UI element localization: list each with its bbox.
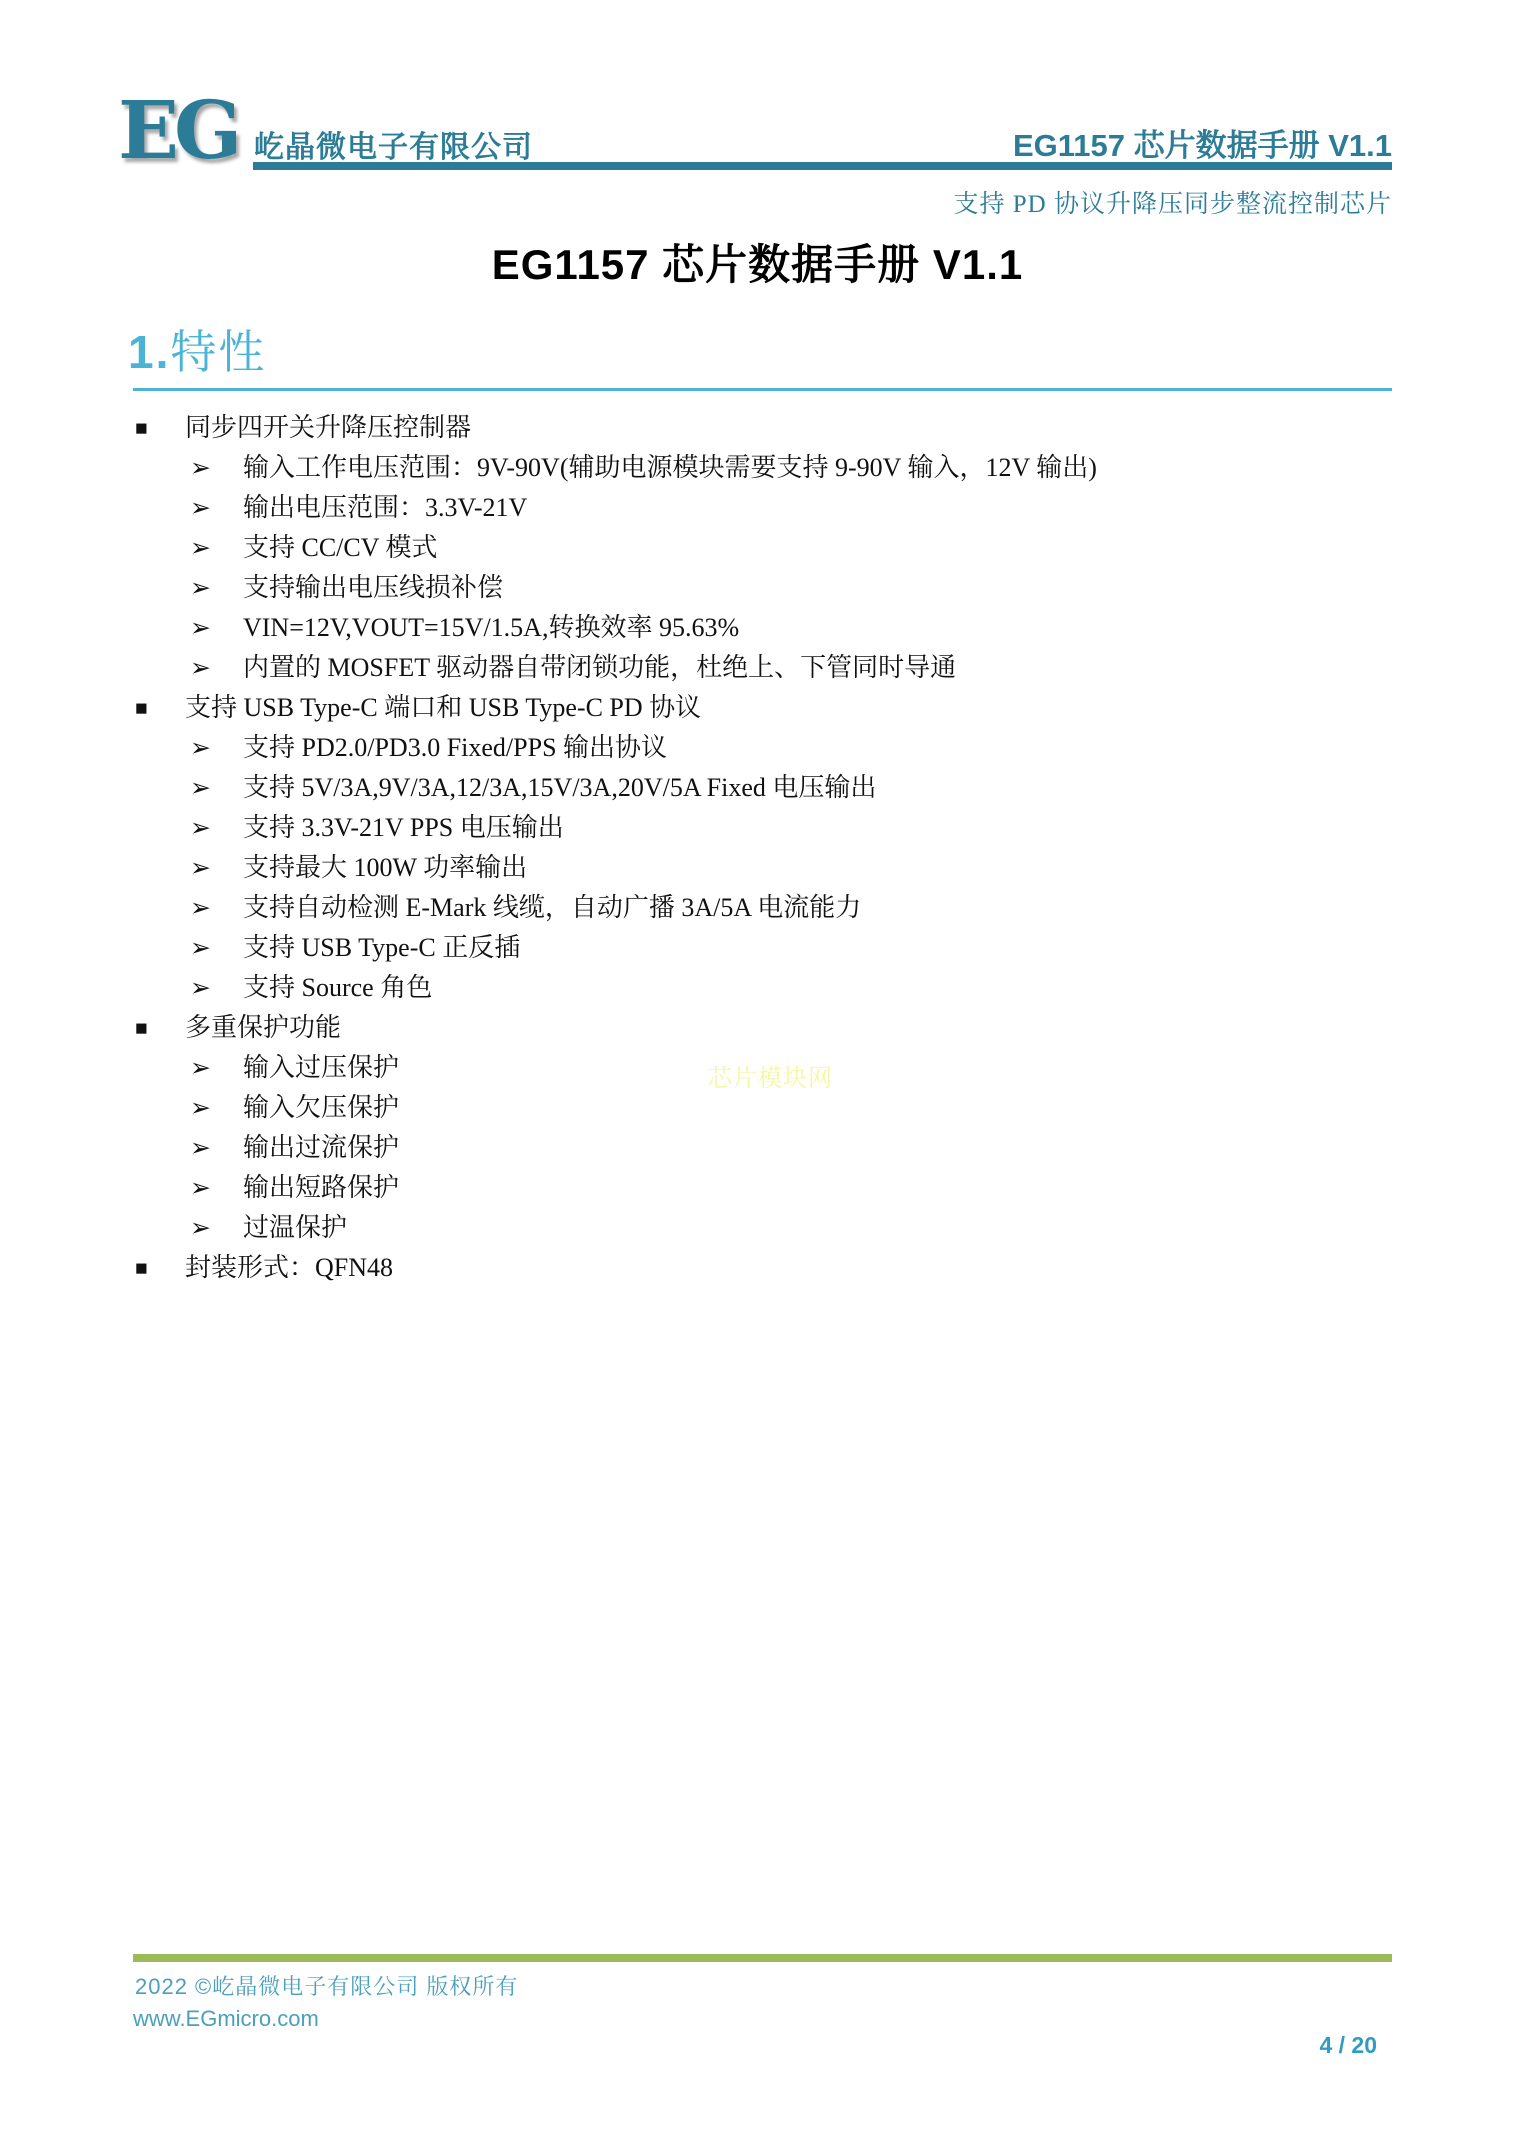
list-item-text: 支持 USB Type-C 端口和 USB Type-C PD 协议: [185, 688, 701, 728]
list-item-text: 支持 CC/CV 模式: [243, 528, 438, 568]
list-item: ■多重保护功能: [133, 1008, 1413, 1048]
list-item: ➢支持 Source 角色: [133, 968, 1413, 1008]
list-item-text: 支持 PD2.0/PD3.0 Fixed/PPS 输出协议: [243, 728, 667, 768]
arrow-bullet-icon: ➢: [190, 928, 211, 968]
list-item: ➢支持 USB Type-C 正反插: [133, 928, 1413, 968]
arrow-bullet-icon: ➢: [190, 728, 211, 768]
arrow-bullet-icon: ➢: [190, 808, 211, 848]
arrow-bullet-icon: ➢: [190, 848, 211, 888]
list-item-text: 过温保护: [243, 1208, 347, 1248]
list-item: ➢输入欠压保护: [133, 1088, 1413, 1128]
arrow-bullet-icon: ➢: [190, 1048, 211, 1088]
list-item-text: 输出过流保护: [243, 1128, 399, 1168]
section-number: 1.: [128, 326, 170, 378]
list-item: ➢支持 5V/3A,9V/3A,12/3A,15V/3A,20V/5A Fixe…: [133, 768, 1413, 808]
datasheet-page: { "header": { "logo_text": "EG", "compan…: [0, 0, 1515, 2144]
list-item: ➢支持 PD2.0/PD3.0 Fixed/PPS 输出协议: [133, 728, 1413, 768]
list-item-text: 内置的 MOSFET 驱动器自带闭锁功能，杜绝上、下管同时导通: [243, 648, 956, 688]
section-heading: 1.特性: [128, 316, 266, 382]
list-item-text: 支持 3.3V-21V PPS 电压输出: [243, 808, 564, 848]
list-item-text: 输出电压范围：3.3V-21V: [243, 488, 527, 528]
list-item-text: 同步四开关升降压控制器: [185, 408, 471, 448]
arrow-bullet-icon: ➢: [190, 1088, 211, 1128]
list-item: ■同步四开关升降压控制器: [133, 408, 1413, 448]
list-item: ➢支持最大 100W 功率输出: [133, 848, 1413, 888]
arrow-bullet-icon: ➢: [190, 608, 211, 648]
list-item: ➢内置的 MOSFET 驱动器自带闭锁功能，杜绝上、下管同时导通: [133, 648, 1413, 688]
list-item-text: 支持最大 100W 功率输出: [243, 848, 527, 888]
list-item-text: 输入过压保护: [243, 1048, 399, 1088]
arrow-bullet-icon: ➢: [190, 488, 211, 528]
list-item-text: 支持自动检测 E-Mark 线缆，自动广播 3A/5A 电流能力: [243, 888, 861, 928]
list-item: ➢输出过流保护: [133, 1128, 1413, 1168]
list-item-text: 支持 5V/3A,9V/3A,12/3A,15V/3A,20V/5A Fixed…: [243, 768, 876, 808]
arrow-bullet-icon: ➢: [190, 568, 211, 608]
feature-list: ■同步四开关升降压控制器➢输入工作电压范围：9V-90V(辅助电源模块需要支持 …: [133, 408, 1413, 1288]
list-item: ➢输出短路保护: [133, 1168, 1413, 1208]
list-item: ➢支持自动检测 E-Mark 线缆，自动广播 3A/5A 电流能力: [133, 888, 1413, 928]
arrow-bullet-icon: ➢: [190, 968, 211, 1008]
square-bullet-icon: ■: [135, 1248, 148, 1288]
section-divider: [133, 388, 1392, 391]
arrow-bullet-icon: ➢: [190, 1208, 211, 1248]
footer-divider: [133, 1954, 1392, 1962]
footer-website: www.EGmicro.com: [133, 2006, 319, 2032]
arrow-bullet-icon: ➢: [190, 1128, 211, 1168]
square-bullet-icon: ■: [135, 688, 148, 728]
section-name: 特性: [170, 327, 266, 378]
company-logo: EG: [118, 86, 242, 178]
list-item-text: 输出短路保护: [243, 1168, 399, 1208]
list-item: ➢输出电压范围：3.3V-21V: [133, 488, 1413, 528]
list-item: ➢支持输出电压线损补偿: [133, 568, 1413, 608]
footer-copyright: 2022 ©屹晶微电子有限公司 版权所有: [135, 1970, 518, 2001]
list-item-text: 输入工作电压范围：9V-90V(辅助电源模块需要支持 9-90V 输入，12V …: [243, 448, 1097, 488]
page-number: 4 / 20: [1319, 2032, 1377, 2059]
header-subtitle: 支持 PD 协议升降压同步整流控制芯片: [954, 184, 1392, 220]
list-item-text: 支持 USB Type-C 正反插: [243, 928, 520, 968]
arrow-bullet-icon: ➢: [190, 888, 211, 928]
square-bullet-icon: ■: [135, 408, 148, 448]
list-item: ➢支持 CC/CV 模式: [133, 528, 1413, 568]
page-title: EG1157 芯片数据手册 V1.1: [0, 232, 1515, 292]
list-item: ■封装形式：QFN48: [133, 1248, 1413, 1288]
arrow-bullet-icon: ➢: [190, 648, 211, 688]
list-item: ➢支持 3.3V-21V PPS 电压输出: [133, 808, 1413, 848]
company-name: 屹晶微电子有限公司: [254, 122, 533, 166]
arrow-bullet-icon: ➢: [190, 528, 211, 568]
list-item: ➢输入工作电压范围：9V-90V(辅助电源模块需要支持 9-90V 输入，12V…: [133, 448, 1413, 488]
watermark-text: 芯片模块网: [708, 1058, 833, 1093]
square-bullet-icon: ■: [135, 1008, 148, 1048]
list-item-text: 支持 Source 角色: [243, 968, 432, 1008]
list-item-text: 封装形式：QFN48: [185, 1248, 393, 1288]
list-item-text: 多重保护功能: [185, 1008, 341, 1048]
arrow-bullet-icon: ➢: [190, 448, 211, 488]
list-item-text: 支持输出电压线损补偿: [243, 568, 503, 608]
arrow-bullet-icon: ➢: [190, 768, 211, 808]
list-item-text: 输入欠压保护: [243, 1088, 399, 1128]
header-doc-title: EG1157 芯片数据手册 V1.1: [1013, 120, 1392, 165]
list-item: ■支持 USB Type-C 端口和 USB Type-C PD 协议: [133, 688, 1413, 728]
list-item: ➢VIN=12V,VOUT=15V/1.5A,转换效率 95.63%: [133, 608, 1413, 648]
list-item-text: VIN=12V,VOUT=15V/1.5A,转换效率 95.63%: [243, 608, 739, 648]
header-divider: [253, 162, 1392, 170]
list-item: ➢过温保护: [133, 1208, 1413, 1248]
arrow-bullet-icon: ➢: [190, 1168, 211, 1208]
